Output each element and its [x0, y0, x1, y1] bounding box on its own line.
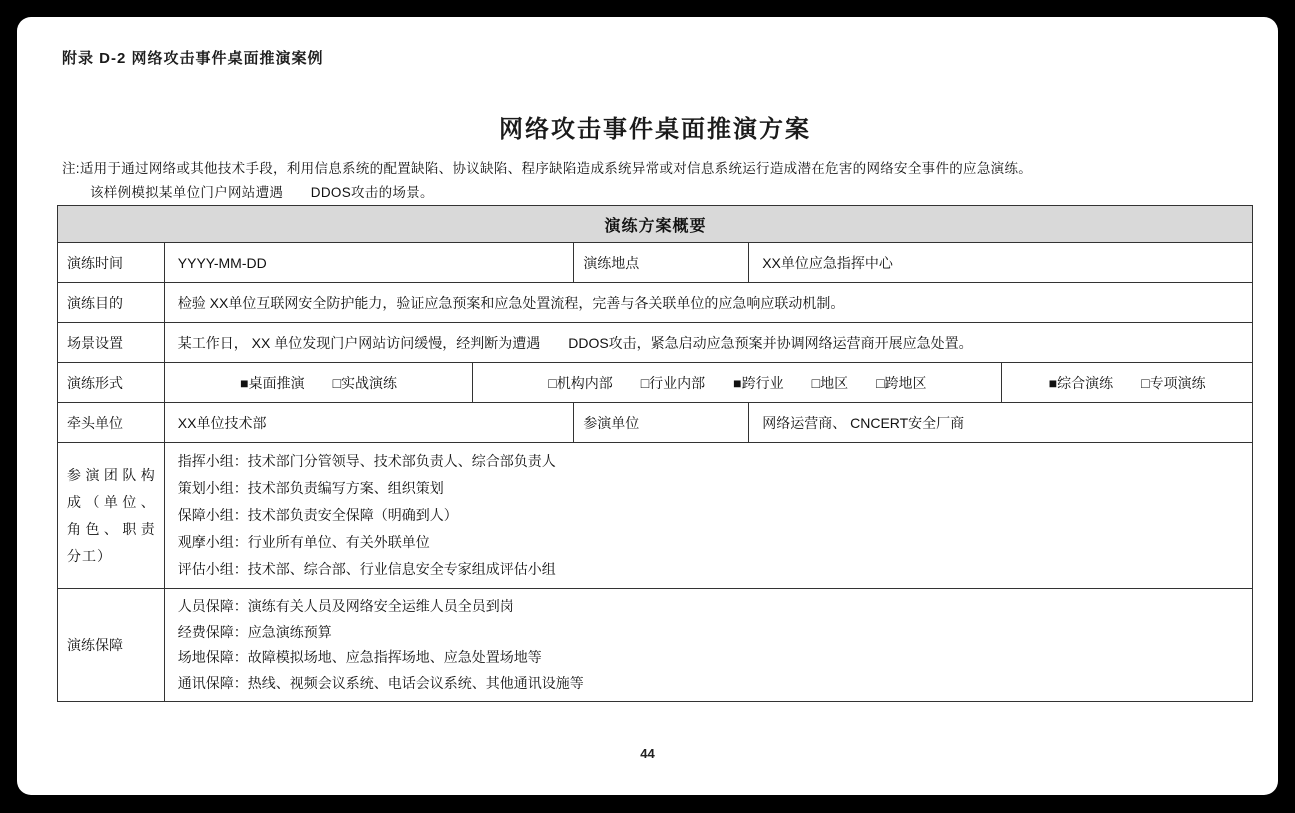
form-options-type: ■综合演练 □专项演练 [1001, 363, 1252, 402]
table-title: 演练方案概要 [58, 206, 1252, 242]
page-title: 网络攻击事件桌面推演方案 [57, 109, 1253, 144]
value-exercise-location: XX单位应急指挥中心 [748, 243, 1252, 282]
label-exercise-purpose: 演练目的 [58, 283, 164, 322]
exercise-plan-table: 演练方案概要 演练时间 YYYY-MM-DD 演练地点 XX单位应急指挥中心 演… [57, 205, 1253, 702]
team-line-planning: 策划小组：技术部负责编写方案、组织策划 [178, 475, 444, 502]
label-lead-unit: 牵头单位 [58, 403, 164, 442]
label-exercise-time: 演练时间 [58, 243, 164, 282]
note-line-1: 注:适用于通过网络或其他技术手段，利用信息系统的配置缺陷、协议缺陷、程序缺陷造成… [62, 157, 1032, 177]
team-line-command: 指挥小组：技术部门分管领导、技术部负责人、综合部负责人 [178, 448, 556, 475]
label-exercise-form: 演练形式 [58, 363, 164, 402]
table-row-lead-units: 牵头单位 XX单位技术部 参演单位 网络运营商、 CNCERT安全厂商 [58, 402, 1252, 442]
team-line-support: 保障小组：技术部负责安全保障（明确到人） [178, 502, 458, 529]
support-line-personnel: 人员保障：演练有关人员及网络安全运维人员全员到岗 [178, 594, 514, 620]
label-participating-units: 参演单位 [573, 403, 748, 442]
value-exercise-purpose: 检验 XX单位互联网安全防护能力，验证应急预案和应急处置流程，完善与各关联单位的… [164, 283, 1252, 322]
table-row-scene: 场景设置 某工作日， XX 单位发现门户网站访问缓慢，经判断为遭遇 DDOS攻击… [58, 322, 1252, 362]
document-page: 附录 D-2 网络攻击事件桌面推演案例 网络攻击事件桌面推演方案 注:适用于通过… [17, 17, 1278, 795]
table-row-support: 演练保障 人员保障：演练有关人员及网络安全运维人员全员到岗 经费保障：应急演练预… [58, 588, 1252, 701]
value-team-composition: 指挥小组：技术部门分管领导、技术部负责人、综合部负责人 策划小组：技术部负责编写… [164, 443, 1252, 588]
value-participating-units: 网络运营商、 CNCERT安全厂商 [748, 403, 1252, 442]
support-line-venue: 场地保障：故障模拟场地、应急指挥场地、应急处置场地等 [178, 645, 542, 671]
table-row-time-location: 演练时间 YYYY-MM-DD 演练地点 XX单位应急指挥中心 [58, 242, 1252, 282]
team-line-evaluation: 评估小组：技术部、综合部、行业信息安全专家组成评估小组 [178, 556, 556, 583]
label-exercise-location: 演练地点 [573, 243, 748, 282]
label-scene-setting: 场景设置 [58, 323, 164, 362]
label-team-composition: 参演团队构成（单位、角色、职责分工） [58, 443, 164, 588]
team-line-observation: 观摩小组：行业所有单位、有关外联单位 [178, 529, 430, 556]
form-options-mode: ■桌面推演 □实战演练 [164, 363, 473, 402]
value-exercise-time: YYYY-MM-DD [164, 243, 574, 282]
table-row-purpose: 演练目的 检验 XX单位互联网安全防护能力，验证应急预案和应急处置流程，完善与各… [58, 282, 1252, 322]
value-exercise-support: 人员保障：演练有关人员及网络安全运维人员全员到岗 经费保障：应急演练预算 场地保… [164, 589, 1252, 701]
label-exercise-support: 演练保障 [58, 589, 164, 701]
form-options-scope: □机构内部 □行业内部 ■跨行业 □地区 □跨地区 [472, 363, 1001, 402]
appendix-heading: 附录 D-2 网络攻击事件桌面推演案例 [62, 47, 324, 68]
label-team-composition-text: 参演团队构成（单位、角色、职责分工） [67, 462, 156, 570]
support-line-budget: 经费保障：应急演练预算 [178, 620, 332, 646]
table-row-form: 演练形式 ■桌面推演 □实战演练 □机构内部 □行业内部 ■跨行业 □地区 □跨… [58, 362, 1252, 402]
value-scene-setting: 某工作日， XX 单位发现门户网站访问缓慢，经判断为遭遇 DDOS攻击，紧急启动… [164, 323, 1252, 362]
value-lead-unit: XX单位技术部 [164, 403, 574, 442]
table-row-team: 参演团队构成（单位、角色、职责分工） 指挥小组：技术部门分管领导、技术部负责人、… [58, 442, 1252, 588]
table-title-row: 演练方案概要 [58, 206, 1252, 242]
note-line-2: 该样例模拟某单位门户网站遭遇 DDOS攻击的场景。 [90, 181, 434, 201]
support-line-communication: 通讯保障：热线、视频会议系统、电话会议系统、其他通讯设施等 [178, 671, 584, 697]
page-number: 44 [17, 746, 1278, 761]
